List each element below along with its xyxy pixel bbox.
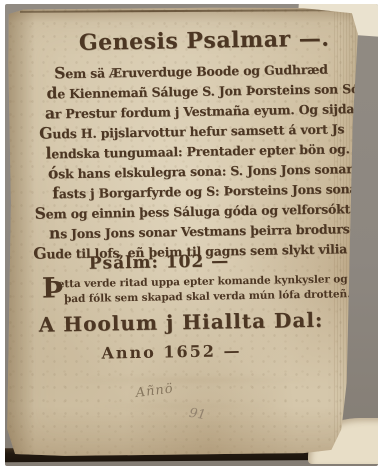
drop-cap-initial: Þ bbox=[42, 274, 64, 302]
imprint-place: A Hoolum j Hiallta Dal: bbox=[22, 307, 339, 337]
pencil-annotation: Añnö bbox=[135, 381, 175, 401]
page-title: Genesis Psalmar —. bbox=[41, 25, 366, 57]
handwritten-text-layer: Genesis Psalmar —. Sem sä Æruverduge Boo… bbox=[5, 4, 378, 466]
pencil-page-number: 91 bbox=[188, 406, 207, 423]
imprint-year: Anno 1652 — bbox=[23, 340, 320, 364]
psalm-quote: Þ etta verde ritad uppa epter komande ky… bbox=[58, 272, 371, 306]
manuscript-page: Genesis Psalmar —. Sem sä Æruverduge Boo… bbox=[5, 4, 378, 466]
manuscript-photo: Genesis Psalmar —. Sem sä Æruverduge Boo… bbox=[5, 4, 378, 466]
body-text: Sem sä Æruverduge Boode og Gudhræd de Ki… bbox=[42, 58, 370, 264]
